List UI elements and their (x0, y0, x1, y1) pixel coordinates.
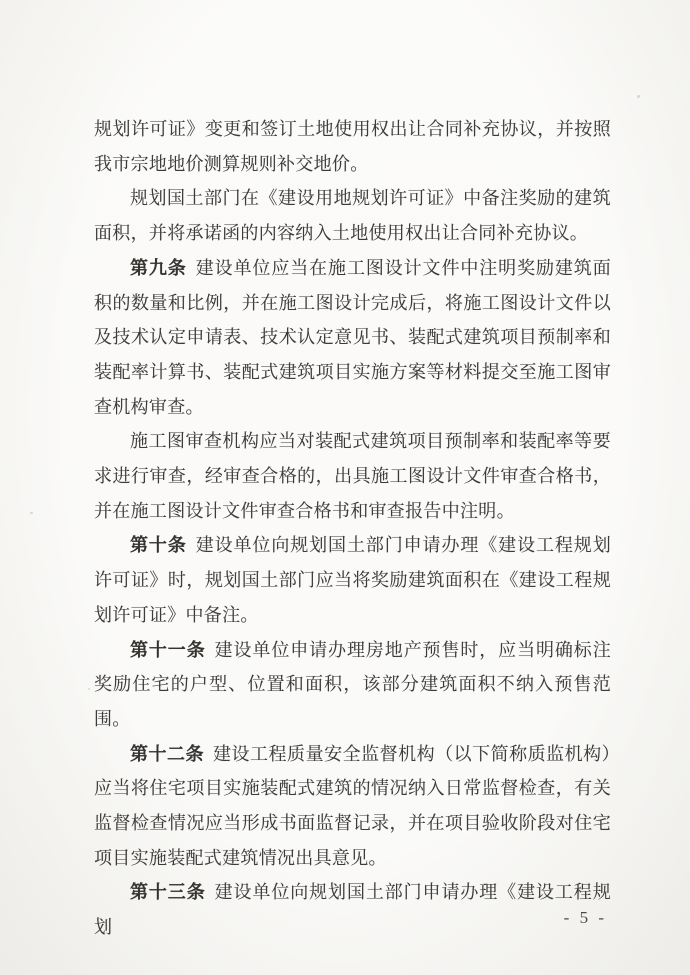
scan-speck (637, 95, 640, 98)
document-body: 规划许可证》变更和签订土地使用权出让合同补充协议，并按照我市宗地地价测算规则补交… (94, 112, 611, 945)
paragraph: 第十二条建设工程质量安全监督机构（以下简称质监机构）应当将住宅项目实施装配式建筑… (94, 737, 611, 876)
document-page: 规划许可证》变更和签订土地使用权出让合同补充协议，并按照我市宗地地价测算规则补交… (0, 0, 690, 975)
scan-speck (30, 512, 33, 514)
scan-speck (88, 688, 90, 690)
article-number: 第十二条 (130, 744, 204, 764)
paragraph: 第十条建设单位向规划国土部门申请办理《建设工程规划许可证》时，规划国土部门应当将… (94, 528, 611, 632)
paragraph-text: 规划国土部门在《建设用地规划许可证》中备注奖励的建筑面积，并将承诺函的内容纳入土… (94, 188, 611, 243)
paragraph-text: 施工图审查机构应当对装配式建筑项目预制率和装配率等要求进行审查，经审查合格的，出… (94, 431, 611, 520)
article-number: 第九条 (130, 258, 187, 278)
article-number: 第十一条 (130, 640, 206, 660)
paragraph: 规划许可证》变更和签订土地使用权出让合同补充协议，并按照我市宗地地价测算规则补交… (94, 112, 611, 181)
article-number: 第十条 (130, 535, 187, 555)
paragraph: 规划国土部门在《建设用地规划许可证》中备注奖励的建筑面积，并将承诺函的内容纳入土… (94, 181, 611, 250)
paragraph: 第十一条建设单位申请办理房地产预售时，应当明确标注奖励住宅的户型、位置和面积，该… (94, 633, 611, 737)
paragraph: 第十三条建设单位向规划国土部门申请办理《建设工程规划 (94, 875, 611, 944)
paragraph-text: 规划许可证》变更和签订土地使用权出让合同补充协议，并按照我市宗地地价测算规则补交… (94, 119, 611, 174)
paragraph-text: 建设单位应当在施工图设计文件中注明奖励建筑面积的数量和比例，并在施工图设计完成后… (94, 258, 611, 417)
page-number: - 5 - (564, 908, 607, 928)
paragraph: 第九条建设单位应当在施工图设计文件中注明奖励建筑面积的数量和比例，并在施工图设计… (94, 251, 611, 425)
article-number: 第十三条 (130, 882, 206, 902)
paragraph: 施工图审查机构应当对装配式建筑项目预制率和装配率等要求进行审查，经审查合格的，出… (94, 424, 611, 528)
